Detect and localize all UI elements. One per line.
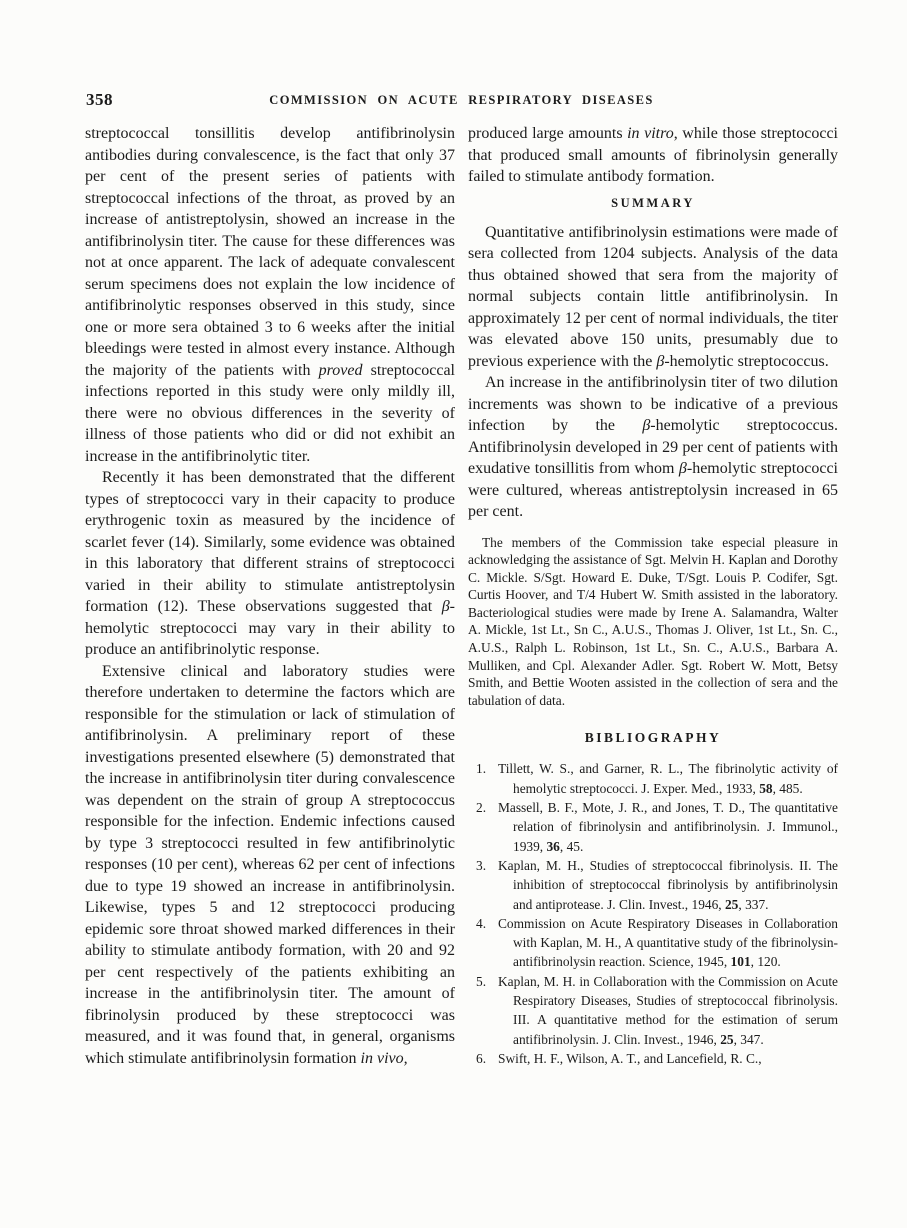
page-header: 358 COMMISSION ON ACUTE RESPIRATORY DISE… xyxy=(85,90,838,108)
left-column: streptococcal tonsillitis develop antifi… xyxy=(85,123,455,1069)
paragraph: produced large amounts in vitro, while t… xyxy=(468,123,838,188)
reference-number: 3. xyxy=(476,856,498,875)
reference-item: 4.Commission on Acute Respiratory Diseas… xyxy=(468,914,838,972)
bibliography-heading: BIBLIOGRAPHY xyxy=(468,730,838,746)
reference-item: 5.Kaplan, M. H. in Collaboration with th… xyxy=(468,972,838,1049)
running-title: COMMISSION ON ACUTE RESPIRATORY DISEASES xyxy=(85,93,838,108)
paragraph: Recently it has been demonstrated that t… xyxy=(85,467,455,661)
paragraph: Quantitative antifibrinolysin estimation… xyxy=(468,222,838,373)
reference-item: 3.Kaplan, M. H., Studies of streptococca… xyxy=(468,856,838,914)
journal-page: 358 COMMISSION ON ACUTE RESPIRATORY DISE… xyxy=(0,0,907,1228)
page-content: 358 COMMISSION ON ACUTE RESPIRATORY DISE… xyxy=(85,90,838,1069)
two-column-layout: streptococcal tonsillitis develop antifi… xyxy=(85,123,838,1069)
left-column-paragraphs: streptococcal tonsillitis develop antifi… xyxy=(85,123,455,1069)
paragraph: An increase in the antifibrinolysin tite… xyxy=(468,372,838,523)
reference-number: 2. xyxy=(476,798,498,817)
reference-item: 6.Swift, H. F., Wilson, A. T., and Lance… xyxy=(468,1049,838,1068)
reference-item: 2.Massell, B. F., Mote, J. R., and Jones… xyxy=(468,798,838,856)
reference-number: 4. xyxy=(476,914,498,933)
right-column: produced large amounts in vitro, while t… xyxy=(468,123,838,1069)
reference-item: 1.Tillett, W. S., and Garner, R. L., The… xyxy=(468,759,838,798)
summary-heading: SUMMARY xyxy=(468,196,838,211)
reference-number: 6. xyxy=(476,1049,498,1068)
continuation-paragraphs: produced large amounts in vitro, while t… xyxy=(468,123,838,188)
bibliography-list: 1.Tillett, W. S., and Garner, R. L., The… xyxy=(468,759,838,1068)
reference-number: 5. xyxy=(476,972,498,991)
paragraph: Extensive clinical and laboratory studie… xyxy=(85,661,455,1070)
paragraph: streptococcal tonsillitis develop antifi… xyxy=(85,123,455,467)
acknowledgment-paragraph: The members of the Commission take espec… xyxy=(468,534,838,710)
summary-paragraphs: Quantitative antifibrinolysin estimation… xyxy=(468,222,838,523)
reference-number: 1. xyxy=(476,759,498,778)
